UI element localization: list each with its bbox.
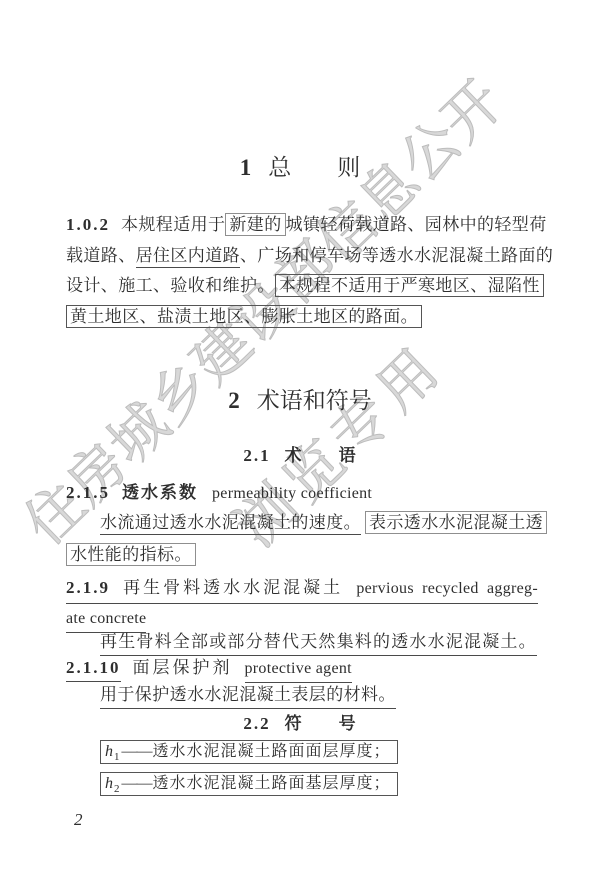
section-2-1-title-text: 术 语: [285, 446, 357, 465]
term-2-1-9-line: 2.1.9再生骨料透水水泥混凝土pervious recycled aggreg…: [66, 576, 538, 604]
term-zh: 面层保护剂: [133, 658, 233, 677]
symbol-variable: h: [105, 775, 114, 792]
term-2-1-10-definition: 用于保护透水水泥混凝土表层的材料。: [66, 683, 572, 709]
term-2-1-9-en-continuation: ate concrete: [66, 606, 538, 633]
symbol-dash: ——: [122, 775, 152, 792]
term-zh: 透水系数: [122, 483, 198, 502]
term-en: pervious recycled aggreg-: [356, 577, 538, 600]
symbol-description: 透水水泥混凝土路面面层厚度；: [153, 743, 391, 760]
chapter-2-title-text: 术语和符号: [257, 388, 372, 413]
symbol-h2-line: h2——透水水泥混凝土路面基层厚度；: [100, 774, 398, 799]
term-number: 2.1.5: [66, 483, 110, 502]
term-en: protective agent: [245, 657, 352, 683]
revision-boxed-text: 本规程不适用于严寒地区、湿陷性: [275, 274, 544, 297]
document-page: 住房城乡建设部信息公开 浏览专用 1总 则 1.0.2本规程适用于新建的城镇轻荷…: [0, 0, 600, 869]
term-en: permeability coefficient: [212, 485, 372, 502]
chapter-2-heading: 2术语和符号: [0, 386, 600, 416]
clause-text: 城镇轻荷载道路、园林中的轻型荷: [286, 215, 547, 234]
revision-boxed-text: 表示透水水泥混凝土透: [365, 511, 547, 534]
section-2-1-heading: 2.1术 语: [0, 445, 600, 467]
chapter-1-title-text: 总 则: [268, 155, 360, 180]
term-2-1-5-definition-line-1: 水流通过透水水泥混凝土的速度。表示透水水泥混凝土透: [66, 511, 572, 534]
chapter-2-number: 2: [228, 388, 241, 413]
symbol-description: 透水水泥混凝土路面基层厚度；: [153, 775, 391, 792]
term-2-1-9-definition: 再生骨料全部或部分替代天然集料的透水水泥混凝土。: [66, 630, 572, 656]
revision-underlined-text: 居住区内道路: [136, 246, 240, 268]
term-number: 2.1.10: [66, 656, 121, 682]
term-number: 2.1.9: [66, 576, 110, 599]
revision-boxed-text: h1——透水水泥混凝土路面面层厚度；: [100, 740, 398, 764]
section-2-2-number: 2.2: [243, 714, 270, 733]
chapter-1-number: 1: [240, 155, 253, 180]
revision-underlined-text: 再生骨料全部或部分替代天然集料的透水水泥混凝土。: [100, 630, 537, 656]
revision-boxed-text: 黄土地区、盐渍土地区、膨胀土地区的路面。: [66, 305, 422, 328]
revision-boxed-text: h2——透水水泥混凝土路面基层厚度；: [100, 772, 398, 796]
term-2-1-5-definition-line-2: 水性能的指标。: [66, 543, 538, 566]
clause-1-0-2-line-2: 载道路、居住区内道路、广场和停车场等透水水泥混凝土路面的: [66, 244, 538, 267]
symbol-subscript: 1: [114, 751, 121, 763]
page-number: 2: [74, 810, 83, 830]
clause-text: 本规程适用于: [121, 215, 225, 234]
clause-text: 载道路、: [66, 246, 136, 265]
section-2-2-title-text: 符 号: [285, 714, 357, 733]
revision-underlined-text: 水流通过透水水泥混凝土的速度。: [100, 513, 361, 535]
clause-number: 1.0.2: [66, 215, 110, 234]
clause-text: 设计、施工、验收和维护。: [66, 276, 275, 295]
clause-1-0-2-line-4: 黄土地区、盐渍土地区、膨胀土地区的路面。: [66, 305, 538, 328]
term-2-1-5-line: 2.1.5透水系数permeability coefficient: [66, 481, 538, 505]
clause-1-0-2-line-1: 1.0.2本规程适用于新建的城镇轻荷载道路、园林中的轻型荷: [66, 213, 538, 236]
section-2-2-heading: 2.2符 号: [0, 713, 600, 735]
revision-boxed-text: 新建的: [225, 213, 285, 236]
clause-1-0-2-line-3: 设计、施工、验收和维护。本规程不适用于严寒地区、湿陷性: [66, 274, 538, 297]
symbol-subscript: 2: [114, 783, 121, 795]
term-2-1-10-line: 2.1.10面层保护剂protective agent: [66, 656, 538, 683]
symbol-dash: ——: [122, 743, 152, 760]
term-zh: 再生骨料透水水泥混凝土: [123, 576, 343, 599]
revision-boxed-text: 水性能的指标。: [66, 543, 196, 566]
symbol-h1-line: h1——透水水泥混凝土路面面层厚度；: [100, 742, 398, 767]
revision-underlined-text: 用于保护透水水泥混凝土表层的材料。: [100, 683, 396, 709]
symbol-variable: h: [105, 743, 114, 760]
clause-text: 、广场和停车场等透水水泥混凝土路面的: [240, 246, 553, 265]
chapter-1-heading: 1总 则: [0, 153, 600, 183]
section-2-1-number: 2.1: [243, 446, 270, 465]
